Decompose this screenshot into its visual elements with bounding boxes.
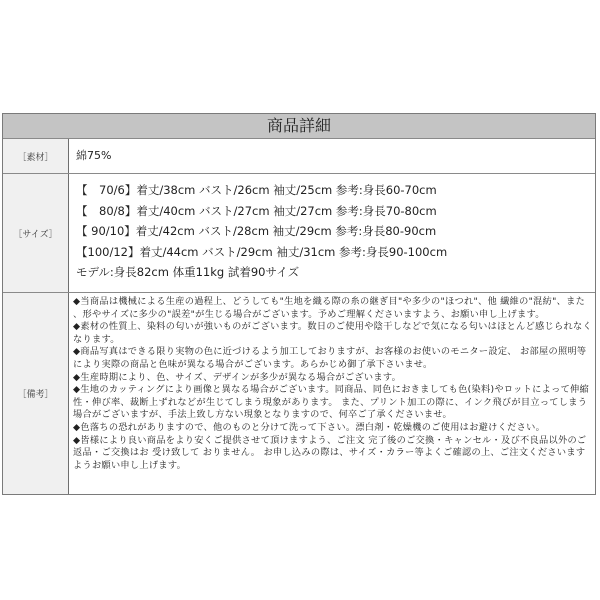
note-line: ◆商品写真はできる限り実物の色に近づけるよう加工しておりますが、お客様のお使いの…	[73, 346, 595, 359]
size-line: 【 70/6】着丈/38cm バスト/26cm 袖丈/25cm 参考:身長60-…	[76, 180, 595, 201]
model-info: モデル:身長82cm 体重11kg 試着90サイズ	[76, 262, 595, 283]
size-row: ［サイズ］ 【 70/6】着丈/38cm バスト/26cm 袖丈/25cm 参考…	[3, 174, 595, 293]
note-line: ◆素材の性質上、染料の匂いが強いものがございます。数日のご使用や陰干しなどで気に…	[73, 321, 595, 334]
note-line: なります。	[73, 334, 595, 347]
note-line: 性・伸び率、裁断上ずれなどが生じてしまう現象があります。 また、プリント加工の際…	[73, 397, 595, 410]
size-line: 【 90/10】着丈/42cm バスト/28cm 袖丈/29cm 参考:身長80…	[76, 221, 595, 242]
note-line: ◆当商品は機械による生産の過程上、どうしても"生地を織る際の糸の継ぎ目"や多少の…	[73, 296, 595, 309]
note-line: ◆色落ちの恐れがありますので、他のものと分けて洗って下さい。漂白剤・乾燥機のご使…	[73, 422, 595, 435]
material-value: 綿75%	[69, 139, 595, 173]
size-line: 【100/12】着丈/44cm バスト/29cm 袖丈/31cm 参考:身長90…	[76, 242, 595, 263]
material-label: ［素材］	[3, 139, 69, 173]
size-label: ［サイズ］	[3, 174, 69, 292]
note-line: により実際の商品と色味が異なる場合がございます。あらかじめ御了承下さいませ。	[73, 359, 595, 372]
product-details-table: 商品詳細 ［素材］ 綿75% ［サイズ］ 【 70/6】着丈/38cm バスト/…	[2, 113, 596, 495]
note-line: ◆生地のカッティングにより画像と異なる場合がございます。同商品、同色におきまして…	[73, 384, 595, 397]
notes-value: ◆当商品は機械による生産の過程上、どうしても"生地を織る際の糸の継ぎ目"や多少の…	[69, 293, 595, 494]
note-line: 返品・ご交換はお 受け致して おりません。 お申し込みの際は、サイズ・カラー等よ…	[73, 447, 595, 460]
note-line: 場合がございますが、手法上致し方ない現象となりますので、何卒ご了承くださいませ。	[73, 409, 595, 422]
note-line: 、形やサイズに多少の"誤差"が生じる場合がございます。予めご理解くださいますよう…	[73, 309, 595, 322]
size-line: 【 80/8】着丈/40cm バスト/27cm 袖丈/27cm 参考:身長70-…	[76, 201, 595, 222]
table-title: 商品詳細	[3, 114, 595, 139]
note-line: ようお願い申し上げます。	[73, 460, 595, 473]
note-line: ◆生産時期により、色、サイズ、デザインが多少が異なる場合がございます。	[73, 372, 595, 385]
notes-label: ［備考］	[3, 293, 69, 494]
note-line: ◆皆様により良い商品をより安くご提供させて頂けますよう、ご注文 完了後のご交換・…	[73, 435, 595, 448]
material-row: ［素材］ 綿75%	[3, 139, 595, 174]
notes-row: ［備考］ ◆当商品は機械による生産の過程上、どうしても"生地を織る際の糸の継ぎ目…	[3, 293, 595, 494]
size-value: 【 70/6】着丈/38cm バスト/26cm 袖丈/25cm 参考:身長60-…	[69, 174, 595, 292]
